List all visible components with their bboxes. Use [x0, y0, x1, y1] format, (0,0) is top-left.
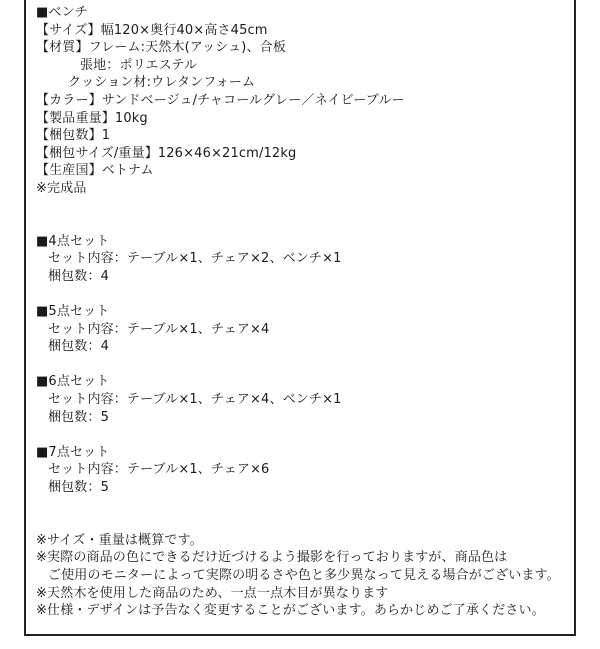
bench-package-size: 【梱包サイズ/重量】126×46×21cm/12kg	[36, 145, 574, 163]
set-heading: ■7点セット	[36, 444, 574, 462]
bench-package-count: 【梱包数】1	[36, 127, 574, 145]
spacer	[36, 356, 574, 374]
bench-origin: 【生産国】ベトナム	[36, 162, 574, 180]
set-package-count: 梱包数：5	[36, 409, 574, 427]
spacer	[36, 215, 574, 233]
bench-section: ■ベンチ 【サイズ】幅120×奥行40×高さ45cm 【材質】フレーム:天然木(…	[36, 4, 574, 198]
spacer	[36, 514, 574, 532]
bench-material-cushion: クッション材:ウレタンフォーム	[36, 74, 574, 92]
set-4pc: ■4点セット セット内容：テーブル×1、チェア×2、ベンチ×1 梱包数：4	[36, 233, 574, 286]
set-6pc: ■6点セット セット内容：テーブル×1、チェア×4、ベンチ×1 梱包数：5	[36, 373, 574, 426]
bench-material-upholstery: 張地：ポリエステル	[36, 57, 574, 75]
set-contents: セット内容：テーブル×1、チェア×6	[36, 461, 574, 479]
bench-size: 【サイズ】幅120×奥行40×高さ45cm	[36, 22, 574, 40]
set-heading: ■5点セット	[36, 303, 574, 321]
note-color-photo: ※実際の商品の色にできるだけ近づけるよう撮影を行っておりますが、商品色は	[36, 549, 574, 567]
set-5pc: ■5点セット セット内容：テーブル×1、チェア×4 梱包数：4	[36, 303, 574, 356]
spacer	[36, 497, 574, 515]
bench-heading: ■ベンチ	[36, 4, 574, 22]
spec-content: ■ベンチ 【サイズ】幅120×奥行40×高さ45cm 【材質】フレーム:天然木(…	[36, 4, 574, 620]
set-heading: ■4点セット	[36, 233, 574, 251]
spacer	[36, 426, 574, 444]
set-package-count: 梱包数：4	[36, 268, 574, 286]
bench-material: 【材質】フレーム:天然木(アッシュ)、合板	[36, 39, 574, 57]
spacer	[36, 198, 574, 216]
note-color-monitor: ご使用のモニターによって実際の明るさや色と多少異なって見える場合がございます。	[36, 567, 574, 585]
set-package-count: 梱包数：4	[36, 338, 574, 356]
set-contents: セット内容：テーブル×1、チェア×4	[36, 321, 574, 339]
product-spec-box: ■ベンチ 【サイズ】幅120×奥行40×高さ45cm 【材質】フレーム:天然木(…	[24, 0, 576, 636]
notes-section: ※サイズ・重量は概算です。 ※実際の商品の色にできるだけ近づけるよう撮影を行って…	[36, 532, 574, 620]
bench-assembled-note: ※完成品	[36, 180, 574, 198]
set-contents: セット内容：テーブル×1、チェア×2、ベンチ×1	[36, 250, 574, 268]
set-heading: ■6点セット	[36, 373, 574, 391]
bench-weight: 【製品重量】10kg	[36, 110, 574, 128]
note-spec-change: ※仕様・デザインは予告なく変更することがございます。あらかじめご了承ください。	[36, 602, 574, 620]
set-contents: セット内容：テーブル×1、チェア×4、ベンチ×1	[36, 391, 574, 409]
set-package-count: 梱包数：5	[36, 479, 574, 497]
spacer	[36, 286, 574, 304]
set-7pc: ■7点セット セット内容：テーブル×1、チェア×6 梱包数：5	[36, 444, 574, 497]
note-natural-wood: ※天然木を使用した商品のため、一点一点木目が異なります	[36, 585, 574, 603]
note-size-approx: ※サイズ・重量は概算です。	[36, 532, 574, 550]
bench-color: 【カラー】サンドベージュ/チャコールグレー／ネイビーブルー	[36, 92, 574, 110]
